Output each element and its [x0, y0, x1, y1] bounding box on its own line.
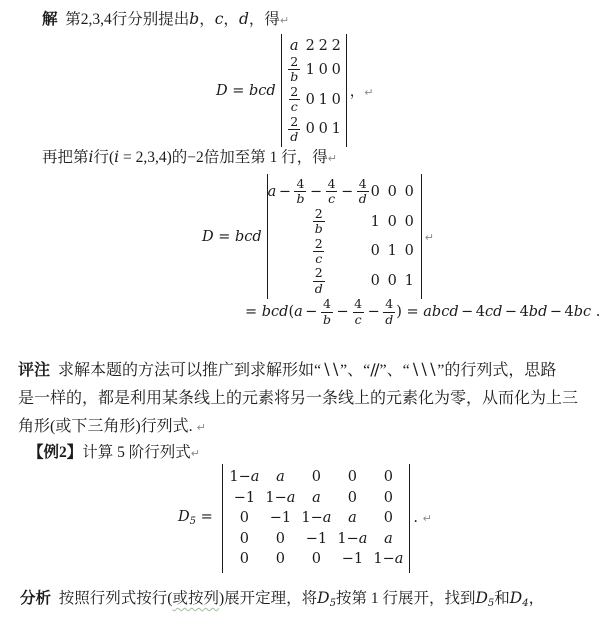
- text-run: a: [276, 469, 285, 485]
- matrix-cell: 0: [370, 510, 406, 526]
- remark-line-1: 评注 求解本题的方法可以推广到求解形如“∖∖”、“∕∕”、“∖∖∖”的行列式，思…: [18, 356, 593, 385]
- text-run: 2: [319, 38, 328, 54]
- text-run: 2: [306, 38, 315, 54]
- matrix-cell: 0: [367, 184, 384, 200]
- text-run: D: [178, 509, 190, 525]
- matrix-cell: 0: [330, 62, 343, 78]
- matrix-row: a−4b−4c−4d000: [271, 177, 418, 207]
- remark-line-3: 角形(或下三角形)行列式. ↵: [18, 413, 593, 442]
- text-run: −: [305, 304, 317, 320]
- text-run: 第2,3,4行分别提出: [58, 11, 190, 28]
- text-run: 4: [520, 304, 529, 320]
- text-run: b: [189, 10, 199, 28]
- text-run: 0: [405, 184, 414, 200]
- matrix-cell: 2: [330, 38, 343, 54]
- text-run: −1: [270, 510, 291, 526]
- equation-lhs: D = bcd: [216, 83, 276, 99]
- text-run: )展开定理，将: [219, 590, 317, 607]
- matrix-cell: 2b: [271, 207, 367, 237]
- text-run: a: [395, 551, 404, 567]
- matrix-cell: 1: [367, 214, 384, 230]
- example2-heading: 【例2】计算 5 阶行列式↵: [28, 442, 200, 464]
- text-run: 0: [348, 490, 357, 506]
- matrix-row: 2c010: [271, 237, 418, 267]
- text-run: 1: [405, 273, 414, 289]
- text-run: 0: [240, 551, 249, 567]
- matrix-cell: 2c: [271, 237, 367, 267]
- matrix-cell: 0: [226, 551, 262, 567]
- remark-line-2: 是一样的，都是利用某条线上的元素将另一条线上的元素化为零，从而化为上三: [18, 385, 593, 413]
- text-run: −: [310, 184, 322, 200]
- fraction: 4c: [352, 297, 364, 327]
- matrix-cell: 0: [298, 469, 334, 485]
- matrix-cell: 1−a: [262, 490, 298, 506]
- text-run: 0: [384, 510, 393, 526]
- text-run: 0: [276, 551, 285, 567]
- text-run: ”、“: [380, 362, 410, 379]
- text-run: a: [268, 184, 277, 200]
- matrix-cell: −1: [262, 510, 298, 526]
- text-run: 0: [405, 214, 414, 230]
- matrix-cell: 1−a: [370, 551, 406, 567]
- text-run: 0: [319, 121, 328, 137]
- text-run: D: [475, 589, 487, 607]
- fraction: 2b: [288, 55, 300, 85]
- text-run: 0: [319, 62, 328, 78]
- matrix-cell: 0: [226, 510, 262, 526]
- matrix-cell: 1−a: [226, 469, 262, 485]
- text-run: 0: [348, 469, 357, 485]
- equation-suffix: ，↵: [350, 80, 374, 101]
- text-run: =: [245, 304, 262, 320]
- text-run: 0: [240, 510, 249, 526]
- text-run: a: [312, 490, 321, 506]
- text-run: 【例2】: [28, 444, 82, 461]
- text-run: 1: [319, 92, 328, 108]
- determinant-matrix-4x4-first: a2222b1002c0102d001: [281, 34, 347, 147]
- matrix-cell: 0: [401, 214, 418, 230]
- matrix-cell: a−4b−4c−4d: [271, 177, 367, 207]
- matrix-cell: 0: [384, 214, 401, 230]
- text-run: 1−: [301, 510, 322, 526]
- text-run: 和: [494, 590, 510, 607]
- matrix-cell: 0: [262, 531, 298, 547]
- return-mark: ↵: [280, 14, 289, 27]
- matrix-cell: 0: [370, 469, 406, 485]
- matrix-cell: a: [298, 490, 334, 506]
- equation-suffix: . ↵: [413, 510, 431, 526]
- matrix-cell: 2b: [285, 55, 304, 85]
- text-run: 4: [565, 304, 574, 320]
- matrix-row: a222: [285, 37, 343, 55]
- text-run: −: [550, 304, 562, 320]
- text-run: ，得: [249, 11, 280, 28]
- text-run: 按照行列式按行(: [51, 590, 172, 607]
- text-run: 0: [405, 243, 414, 259]
- row-operation-paragraph: 再把第i行(i = 2,3,4)的−2倍加至第 1 行，得↵: [42, 147, 337, 169]
- text-run: ，: [350, 84, 365, 100]
- text-run: 0: [384, 490, 393, 506]
- matrix-cell: 1: [401, 273, 418, 289]
- text-run: 1−: [337, 531, 358, 547]
- diagonal-symbol: ∖∖∖: [410, 360, 438, 379]
- text-run: −: [341, 184, 353, 200]
- text-run: 1−: [229, 469, 250, 485]
- text-run: bcd: [262, 304, 289, 320]
- text-run: ”的行列式，思路: [437, 362, 556, 379]
- text-run: 1: [371, 214, 380, 230]
- matrix-cell: 0: [226, 531, 262, 547]
- text-run: 1: [306, 62, 315, 78]
- text-run: ，: [529, 590, 545, 607]
- matrix-cell: 0: [401, 243, 418, 259]
- text-run: cd: [485, 304, 502, 320]
- fraction: 2b: [313, 207, 325, 237]
- text-run: −: [461, 304, 473, 320]
- text-run: .: [413, 510, 422, 526]
- text-run: 分析: [20, 590, 51, 607]
- solution-paragraph: 解 第2,3,4行分别提出b，c，d，得↵: [42, 9, 289, 31]
- diagonal-symbol: ∖∖: [321, 360, 340, 379]
- text-run: = 2,3,4)的−2倍加至第 1 行，得: [119, 149, 328, 166]
- text-run: 4: [476, 304, 485, 320]
- text-run: −: [279, 184, 291, 200]
- matrix-row: 2d001: [285, 115, 343, 145]
- equation-lhs: D = bcd: [202, 229, 262, 245]
- matrix-cell: 0: [367, 243, 384, 259]
- matrix-cell: a: [370, 531, 406, 547]
- matrix-cell: 1: [317, 92, 330, 108]
- return-mark: ↵: [328, 152, 337, 165]
- text-run: 求解本题的方法可以推广到求解形如“: [50, 362, 321, 379]
- matrix-cell: 0: [384, 273, 401, 289]
- equation-result-line: = bcd(a−4b−4c−4d) = abcd−4cd−4bd−4bc . ↵: [245, 292, 601, 332]
- fraction: 4b: [321, 297, 333, 327]
- matrix-cell: 0: [401, 184, 418, 200]
- matrix-cell: 2c: [285, 85, 304, 115]
- text-run: 0: [388, 273, 397, 289]
- text-run: −1: [342, 551, 363, 567]
- matrix-row: 000−11−a: [226, 549, 406, 570]
- text-run: 0: [388, 214, 397, 230]
- text-run: 1−: [265, 490, 286, 506]
- text-run: =: [196, 509, 217, 525]
- text-run: bcd: [235, 229, 262, 245]
- matrix-cell: 1: [304, 62, 317, 78]
- matrix-cell: 0: [334, 469, 370, 485]
- fraction: 2d: [288, 115, 300, 145]
- document-page: 解 第2,3,4行分别提出b，c，d，得↵ D = bcd a2222b1002…: [0, 0, 601, 618]
- text-run: a: [290, 38, 299, 54]
- text-run: =: [214, 229, 235, 245]
- text-run: 角形(或下三角形)行列式.: [18, 418, 197, 435]
- text-run: 解: [42, 11, 58, 28]
- diagonal-symbol: ∕∕: [370, 360, 379, 379]
- text-run: 1: [388, 243, 397, 259]
- text-run: bcd: [249, 83, 276, 99]
- matrix-cell: 0: [317, 121, 330, 137]
- fraction: 4b: [294, 177, 306, 207]
- matrix-cell: 0: [330, 92, 343, 108]
- text-run: a: [359, 531, 368, 547]
- text-run: a: [287, 490, 296, 506]
- text-run: D: [216, 83, 228, 99]
- remark-block: 评注 求解本题的方法可以推广到求解形如“∖∖”、“∕∕”、“∖∖∖”的行列式，思…: [18, 356, 593, 442]
- matrix-cell: 1: [384, 243, 401, 259]
- matrix-cell: a: [262, 469, 298, 485]
- text-run: 按第 1 行展开，找到: [336, 590, 476, 607]
- return-mark: ↵: [423, 512, 432, 525]
- matrix-cell: 1−a: [334, 531, 370, 547]
- text-run: 0: [240, 531, 249, 547]
- equation-lhs: D5 =: [178, 509, 217, 527]
- text-run: 再把第: [42, 149, 89, 166]
- fraction: 2c: [313, 237, 325, 267]
- text-run: 2: [332, 38, 341, 54]
- text-run: −1: [234, 490, 255, 506]
- text-run: 计算 5 阶行列式: [82, 444, 191, 461]
- text-run: ，: [199, 11, 215, 28]
- equation-suffix: ↵: [425, 229, 434, 245]
- text-run: 或按列: [172, 590, 219, 607]
- text-run: a: [384, 531, 393, 547]
- text-run: 0: [332, 92, 341, 108]
- matrix-row: 2b100: [271, 207, 418, 237]
- text-run: 0: [312, 469, 321, 485]
- text-run: abcd: [423, 304, 458, 320]
- fraction: 4d: [383, 297, 395, 327]
- text-run: 行(: [93, 149, 114, 166]
- text-run: .: [591, 304, 601, 320]
- text-run: a: [323, 510, 332, 526]
- matrix-cell: a: [285, 38, 304, 54]
- return-mark: ↵: [425, 231, 434, 244]
- matrix-row: −11−aa00: [226, 488, 406, 509]
- determinant-matrix-5x5: 1−aa000−11−aa000−11−aa000−11−aa000−11−a: [222, 464, 410, 573]
- text-run: a: [294, 304, 303, 320]
- matrix-row: 1−aa000: [226, 467, 406, 488]
- fraction: 4c: [326, 177, 338, 207]
- matrix-cell: 2: [304, 38, 317, 54]
- matrix-cell: a: [334, 510, 370, 526]
- matrix-cell: 0: [370, 490, 406, 506]
- matrix-cell: 0: [298, 551, 334, 567]
- text-run: bd: [529, 304, 548, 320]
- determinant-matrix-4x4-second: a−4b−4c−4d0002b1002c0102d001: [267, 174, 422, 299]
- text-run: ”、“: [340, 362, 370, 379]
- text-run: bc: [574, 304, 591, 320]
- text-run: ，: [223, 11, 239, 28]
- matrix-cell: 0: [262, 551, 298, 567]
- matrix-cell: 0: [304, 92, 317, 108]
- text-run: 0: [276, 531, 285, 547]
- matrix-cell: 0: [384, 184, 401, 200]
- text-run: D: [510, 589, 522, 607]
- text-run: −: [505, 304, 517, 320]
- matrix-cell: 2: [317, 38, 330, 54]
- text-run: −1: [306, 531, 327, 547]
- matrix-cell: −1: [226, 490, 262, 506]
- matrix-cell: 0: [367, 273, 384, 289]
- return-mark: ↵: [364, 86, 373, 99]
- equation-determinant-reduced: D = bcd a−4b−4c−4d0002b1002c0102d001 ↵: [202, 174, 434, 299]
- matrix-cell: −1: [334, 551, 370, 567]
- equation-determinant-factored: D = bcd a2222b1002c0102d001 ，↵: [216, 34, 373, 147]
- matrix-row: 2b100: [285, 55, 343, 85]
- text-run: d: [239, 10, 249, 28]
- text-run: −: [336, 304, 348, 320]
- text-run: 0: [312, 551, 321, 567]
- text-run: 1−: [373, 551, 394, 567]
- fraction: 2c: [288, 85, 300, 115]
- text-run: 0: [384, 469, 393, 485]
- text-run: =: [228, 83, 249, 99]
- text-run: 0: [306, 92, 315, 108]
- text-run: a: [251, 469, 260, 485]
- text-run: ) =: [396, 304, 423, 320]
- matrix-cell: 0: [317, 62, 330, 78]
- text-run: D: [202, 229, 214, 245]
- text-run: 0: [388, 184, 397, 200]
- matrix-cell: 1: [330, 121, 343, 137]
- matrix-row: 2c010: [285, 85, 343, 115]
- matrix-row: 00−11−aa: [226, 529, 406, 550]
- text-run: −: [368, 304, 380, 320]
- text-run: 0: [371, 243, 380, 259]
- matrix-row: 0−11−aa0: [226, 508, 406, 529]
- text-run: D: [317, 589, 329, 607]
- matrix-cell: −1: [298, 531, 334, 547]
- text-run: 1: [332, 121, 341, 137]
- text-run: 0: [371, 184, 380, 200]
- matrix-cell: 1−a: [298, 510, 334, 526]
- matrix-cell: 0: [304, 121, 317, 137]
- equation-d5-determinant: D5 = 1−aa000−11−aa000−11−aa000−11−aa000−…: [178, 464, 432, 573]
- text-run: a: [348, 510, 357, 526]
- matrix-cell: 0: [334, 490, 370, 506]
- analysis-paragraph: 分析 按照行列式按行(或按列)展开定理，将D5按第 1 行展开，找到D5和D4，: [20, 588, 544, 614]
- text-run: 是一样的，都是利用某条线上的元素将另一条线上的元素化为零，从而化为上三: [18, 390, 578, 407]
- text-run: 0: [332, 62, 341, 78]
- text-run: 0: [306, 121, 315, 137]
- text-run: 0: [371, 273, 380, 289]
- return-mark: ↵: [191, 447, 200, 460]
- text-run: 评注: [18, 362, 50, 379]
- return-mark: ↵: [197, 421, 206, 434]
- matrix-cell: 2d: [285, 115, 304, 145]
